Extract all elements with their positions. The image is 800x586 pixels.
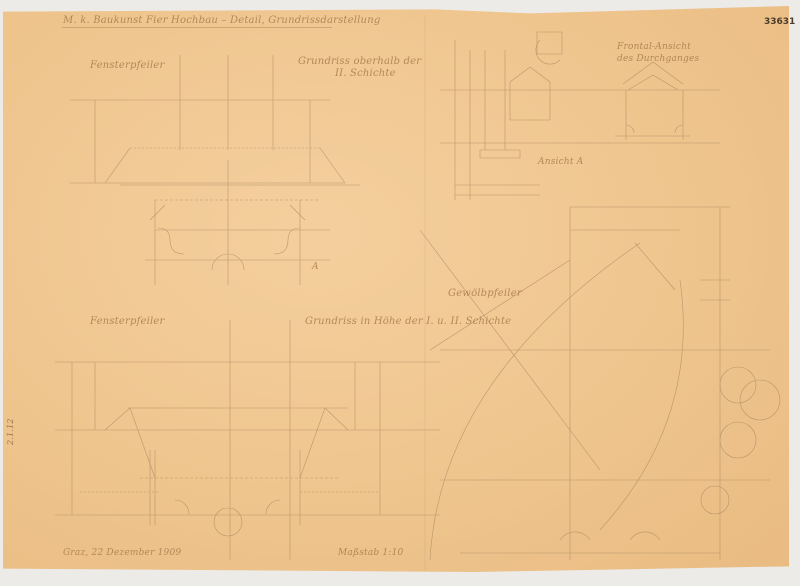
title-underline <box>62 27 332 28</box>
side-number: 2.1.12 <box>6 418 15 445</box>
label-frontal-ansicht: Frontal-Ansicht <box>617 42 691 52</box>
arch-pillar-plan <box>420 207 780 560</box>
label-frontal-ansicht-line2: des Durchganges <box>617 54 699 64</box>
bottom-plan-grundriss <box>55 320 440 560</box>
frontal-view-passage <box>615 62 690 140</box>
label-grundriss-ii: Grundriss oberhalb der <box>298 56 421 67</box>
label-ansicht-a: Ansicht A <box>538 157 583 167</box>
sheet-title: M. k. Baukunst Fier Hochbau – Detail, Gr… <box>63 15 380 26</box>
section-marker-a: A <box>312 262 319 272</box>
label-fensterpfeiler-bottom: Fensterpfeiler <box>90 316 165 327</box>
label-fensterpfeiler-top: Fensterpfeiler <box>90 60 165 71</box>
scale-note: Maßstab 1:10 <box>338 548 403 558</box>
label-grundriss-ii-line2: II. Schichte <box>335 68 396 79</box>
label-grundriss-i-ii: Grundriss in Höhe der I. u. II. Schichte <box>305 316 511 327</box>
top-plan-fensterpfeiler <box>70 55 360 285</box>
label-gewoelbpfeiler: Gewölbpfeiler <box>448 288 522 299</box>
architectural-plan-drawing <box>0 0 800 586</box>
place-date: Graz, 22 Dezember 1909 <box>63 548 181 558</box>
catalogue-number: 33631 <box>764 17 795 27</box>
